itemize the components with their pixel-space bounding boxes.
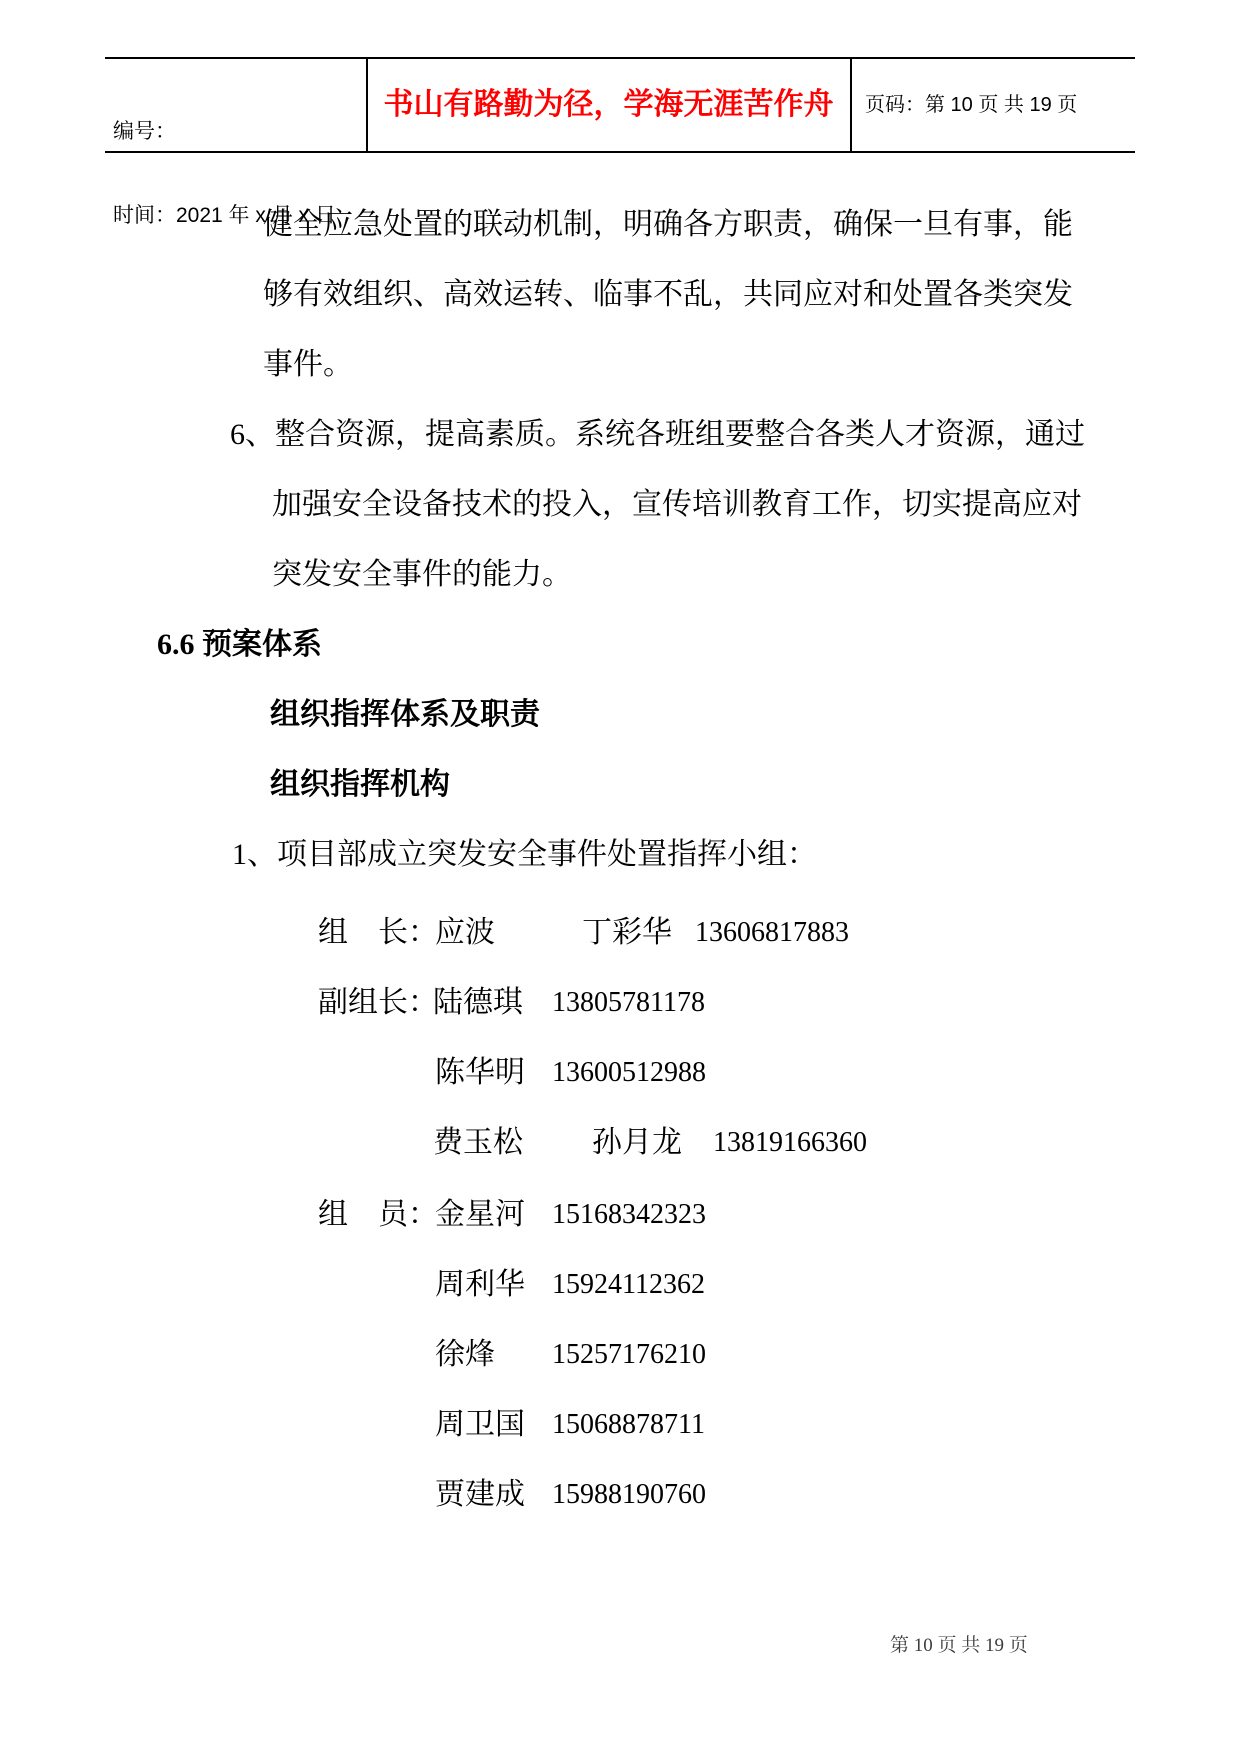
body-line: 加强安全设备技术的投入，宣传培训教育工作，切实提高应对	[272, 486, 1082, 524]
roster-name: 陆德琪	[433, 984, 523, 1022]
roster-phone: 15168342323	[552, 1196, 706, 1234]
page-number-label: 页码：第 10 页 共 19 页	[865, 57, 1077, 153]
roster-row: 周卫国 15068878711	[0, 1406, 1241, 1446]
roster-row: 贾建成 15988190760	[0, 1476, 1241, 1516]
body-line-list-intro: 1、项目部成立突发安全事件处置指挥小组：	[232, 836, 817, 874]
document-page: 编号： 时间：2021 年 x 月 x 日 书山有路勤为径，学海无涯苦作舟 页码…	[0, 0, 1241, 1755]
roster-row: 组 员： 金星河 15168342323	[0, 1196, 1241, 1236]
body-line: 突发安全事件的能力。	[272, 556, 572, 594]
body-line: 事件。	[263, 346, 353, 384]
roster-phone: 13600512988	[552, 1054, 706, 1092]
roster-phone: 15988190760	[552, 1476, 706, 1514]
roster-name: 金星河	[435, 1196, 525, 1234]
roster-name: 周卫国	[435, 1406, 525, 1444]
roster-row: 周利华 15924112362	[0, 1266, 1241, 1306]
roster-phone: 15068878711	[552, 1406, 705, 1444]
roster-row: 徐烽 15257176210	[0, 1336, 1241, 1376]
roster-row: 费玉松 孙月龙 13819166360	[0, 1124, 1241, 1164]
body-line-numbered-item: 6、整合资源，提高素质。系统各班组要整合各类人才资源，通过	[230, 416, 1085, 454]
roster-name: 丁彩华	[582, 914, 672, 952]
roster-label: 组 长：	[318, 914, 438, 952]
section-heading-6-6: 6.6 预案体系	[157, 626, 322, 664]
roster-label: 副组长：	[318, 984, 438, 1022]
doc-number-label: 编号：	[113, 118, 336, 146]
roster-name: 贾建成	[435, 1476, 525, 1514]
roster-name: 周利华	[435, 1266, 525, 1304]
roster-name: 应波	[435, 914, 495, 952]
roster-phone: 15257176210	[552, 1336, 706, 1374]
header-left-cell: 编号： 时间：2021 年 x 月 x 日	[113, 62, 336, 286]
page-footer: 第 10 页 共 19 页	[890, 1630, 1028, 1657]
subsection-heading-command-system: 组织指挥体系及职责	[270, 696, 540, 734]
subsection-heading-command-org: 组织指挥机构	[270, 766, 450, 804]
roster-phone: 13606817883	[695, 914, 849, 952]
body-line: 够有效组织、高效运转、临事不乱，共同应对和处置各类突发	[263, 276, 1073, 314]
roster-phone: 13805781178	[552, 984, 705, 1022]
roster-name: 孙月龙	[592, 1124, 682, 1162]
roster-name: 徐烽	[435, 1336, 495, 1374]
header-divider-right	[850, 57, 852, 153]
roster-row: 陈华明 13600512988	[0, 1054, 1241, 1094]
roster-name: 陈华明	[435, 1054, 525, 1092]
roster-row: 副组长： 陆德琪 13805781178	[0, 984, 1241, 1024]
roster-name: 费玉松	[433, 1124, 523, 1162]
roster-phone: 13819166360	[713, 1124, 867, 1162]
roster-row: 组 长： 应波 丁彩华 13606817883	[0, 914, 1241, 954]
body-line: 健全应急处置的联动机制，明确各方职责，确保一旦有事，能	[263, 206, 1073, 244]
header-slogan: 书山有路勤为径，学海无涯苦作舟	[367, 57, 850, 153]
roster-phone: 15924112362	[552, 1266, 705, 1304]
roster-label: 组 员：	[318, 1196, 438, 1234]
